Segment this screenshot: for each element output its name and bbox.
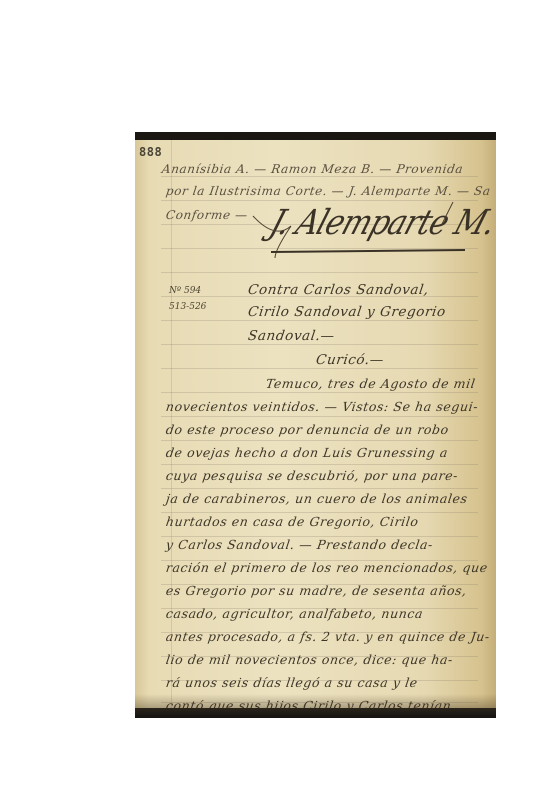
body-line: antes procesado, a fs. 2 vta. y en quinc… xyxy=(165,629,491,644)
body-line: cuya pesquisa se descubrió, por una pare… xyxy=(165,468,459,483)
ruled-line xyxy=(161,272,478,273)
scanned-page: 888 Ananísibia A. — Ramon Meza B. — Prov… xyxy=(135,132,496,718)
signature: J. Alemparte M. xyxy=(245,200,475,260)
body-line: hurtados en casa de Gregorio, Cirilo xyxy=(165,514,420,529)
binding-edge xyxy=(135,708,496,718)
ruled-line xyxy=(161,702,478,703)
header-line: por la Ilustrisima Corte. — J. Alemparte… xyxy=(165,184,492,198)
case-number: Nº 594 xyxy=(169,286,201,296)
body-line: es Gregorio por su madre, de sesenta año… xyxy=(165,583,468,598)
body-line: de ovejas hecho a don Luis Grunessing a xyxy=(165,445,449,460)
body-line: y Carlos Sandoval. — Prestando decla- xyxy=(165,537,434,552)
ruled-line xyxy=(161,392,478,393)
body-line: do este proceso por denuncia de un robo xyxy=(165,422,450,437)
section-heading: Curicó.— xyxy=(315,352,385,368)
body-line: Temuco, tres de Agosto de mil xyxy=(265,376,477,391)
ruled-line xyxy=(161,344,478,345)
ruled-line xyxy=(161,176,478,177)
body-line: novecientos veintidos. — Vistos: Se ha s… xyxy=(165,399,479,414)
body-line: lio de mil novecientos once, dice: que h… xyxy=(165,652,454,667)
ruled-line xyxy=(161,464,478,465)
ruled-line xyxy=(161,440,478,441)
body-line: ja de carabineros, un cuero de los anima… xyxy=(165,491,469,506)
ledger-page: 888 Ananísibia A. — Ramon Meza B. — Prov… xyxy=(135,140,496,708)
ruled-line xyxy=(161,416,478,417)
ruled-line xyxy=(161,488,478,489)
case-title-line: Sandoval.— xyxy=(247,328,336,344)
body-line: rá unos seis días llegó a su casa y le xyxy=(165,675,419,690)
body-line: contó que sus hijos Cirilo y Carlos tení… xyxy=(165,698,452,708)
case-title-line: Cirilo Sandoval y Gregorio xyxy=(247,304,447,320)
body-line: casado, agricultor, analfabeto, nunca xyxy=(165,606,424,621)
header-line: Conforme — xyxy=(165,208,249,222)
signature-flourish xyxy=(245,200,475,260)
ruled-line xyxy=(161,320,478,321)
body-line: ración el primero de los reo mencionados… xyxy=(165,560,489,575)
header-line: Ananísibia A. — Ramon Meza B. — Provenid… xyxy=(161,162,464,176)
page-number: 888 xyxy=(139,145,162,159)
folio-range: 513-526 xyxy=(169,302,206,312)
case-title-line: Contra Carlos Sandoval, xyxy=(247,282,430,298)
ruled-line xyxy=(161,368,478,369)
ruled-line xyxy=(161,512,478,513)
